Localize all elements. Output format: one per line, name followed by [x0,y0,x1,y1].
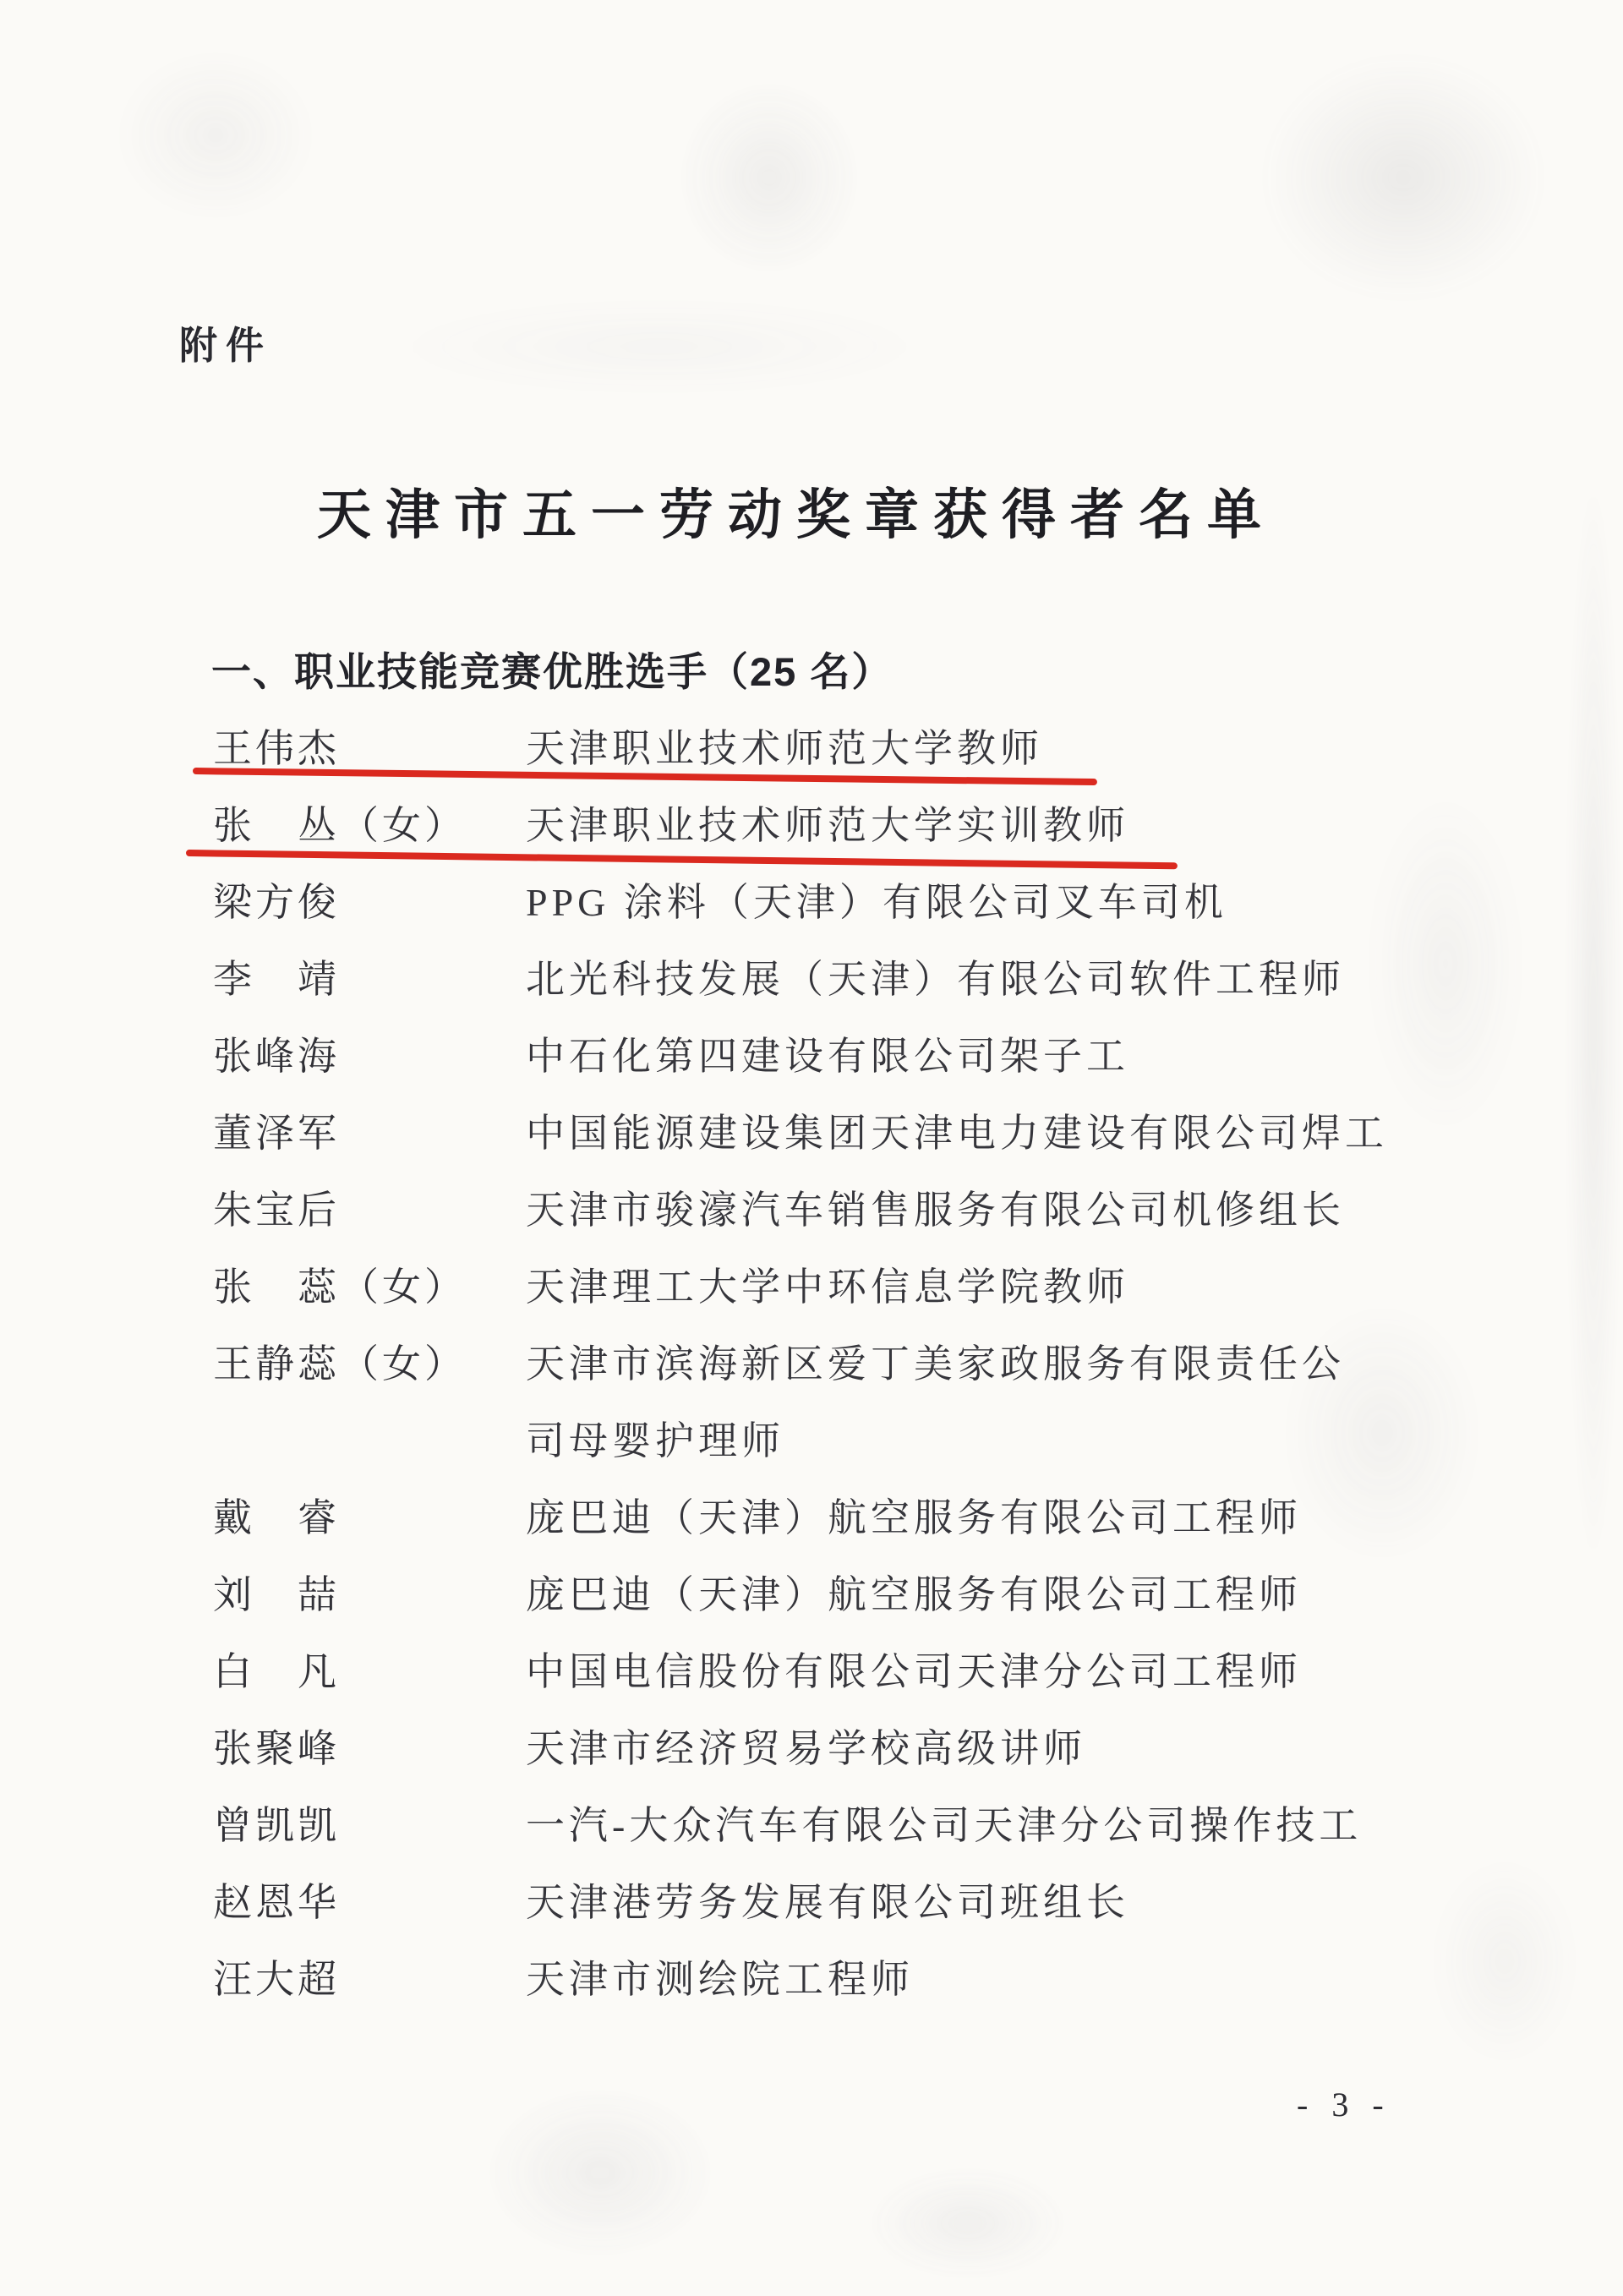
recipient-affiliation: PPG 涂料（天津）有限公司叉车司机 [526,864,1227,941]
list-item: 汪大超天津市测绘院工程师 [213,1941,1532,2018]
affiliation-line: 中国能源建设集团天津电力建设有限公司焊工 [526,1095,1388,1172]
affiliation-line: 天津市骏濠汽车销售服务有限公司机修组长 [526,1172,1345,1249]
recipient-affiliation: 天津市测绘院工程师 [526,1941,914,2018]
recipient-affiliation: 一汽-大众汽车有限公司天津分公司操作技工 [526,1787,1362,1864]
recipient-affiliation: 天津市滨海新区爱丁美家政服务有限责任公司母婴护理师 [526,1326,1345,1479]
scan-artifact [76,17,355,254]
list-item: 戴 睿庞巴迪（天津）航空服务有限公司工程师 [213,1479,1532,1556]
list-item: 张 丛（女）天津职业技术师范大学实训教师 [213,787,1532,864]
list-item: 梁方俊PPG 涂料（天津）有限公司叉车司机 [213,864,1532,941]
recipient-name: 戴 睿 [213,1479,526,1556]
affiliation-line: 中石化第四建设有限公司架子工 [526,1018,1129,1095]
recipient-affiliation: 中国能源建设集团天津电力建设有限公司焊工 [526,1095,1388,1172]
recipient-affiliation: 天津市经济贸易学校高级讲师 [526,1710,1086,1787]
recipient-name: 张峰海 [213,1018,526,1095]
scan-artifact [279,279,1040,414]
scan-artifact [1209,8,1598,347]
page-number: - 3 - [1297,2085,1391,2124]
affiliation-line: 天津理工大学中环信息学院教师 [526,1249,1129,1326]
scanned-document-page: 附件 天津市五一劳动奖章获得者名单 一、职业技能竞赛优胜选手（25 名） 王伟杰… [0,0,1623,2296]
scan-artifact [828,2147,1107,2296]
list-item: 张峰海中石化第四建设有限公司架子工 [213,1018,1532,1095]
recipient-name: 朱宝后 [213,1172,526,1249]
recipient-name: 汪大超 [213,1941,526,2018]
page-title: 天津市五一劳动奖章获得者名单 [317,472,1276,549]
affiliation-line: 庞巴迪（天津）航空服务有限公司工程师 [526,1556,1302,1633]
recipient-name: 李 靖 [213,941,526,1018]
affiliation-line: PPG 涂料（天津）有限公司叉车司机 [526,864,1227,941]
recipient-name: 张 蕊（女） [213,1249,526,1326]
recipient-affiliation: 北光科技发展（天津）有限公司软件工程师 [526,941,1345,1018]
list-item: 董泽军中国能源建设集团天津电力建设有限公司焊工 [213,1095,1532,1172]
recipient-affiliation: 中国电信股份有限公司天津分公司工程师 [526,1633,1302,1710]
affiliation-line: 中国电信股份有限公司天津分公司工程师 [526,1633,1302,1710]
recipient-list: 王伟杰天津职业技术师范大学教师张 丛（女）天津职业技术师范大学实训教师梁方俊PP… [213,710,1532,2018]
list-item: 王伟杰天津职业技术师范大学教师 [213,710,1532,787]
recipient-affiliation: 庞巴迪（天津）航空服务有限公司工程师 [526,1556,1302,1633]
scan-artifact [642,42,896,313]
list-item: 赵恩华天津港劳务发展有限公司班组长 [213,1864,1532,1941]
recipient-name: 赵恩华 [213,1864,526,1941]
attachment-label: 附件 [179,314,272,369]
affiliation-line: 天津市滨海新区爱丁美家政服务有限责任公 [526,1326,1345,1402]
recipient-affiliation: 天津港劳务发展有限公司班组长 [526,1864,1129,1941]
affiliation-line: 北光科技发展（天津）有限公司软件工程师 [526,941,1345,1018]
recipient-name: 白 凡 [213,1633,526,1710]
list-item: 曾凯凯一汽-大众汽车有限公司天津分公司操作技工 [213,1787,1532,1864]
affiliation-line: 司母婴护理师 [526,1402,1345,1479]
recipient-affiliation: 中石化第四建设有限公司架子工 [526,1018,1129,1095]
scan-artifact [1560,220,1623,1826]
recipient-name: 曾凯凯 [213,1787,526,1864]
affiliation-line: 一汽-大众汽车有限公司天津分公司操作技工 [526,1787,1362,1864]
recipient-name: 张聚峰 [213,1710,526,1787]
affiliation-line: 天津港劳务发展有限公司班组长 [526,1864,1129,1941]
recipient-affiliation: 庞巴迪（天津）航空服务有限公司工程师 [526,1479,1302,1556]
recipient-name: 刘 喆 [213,1556,526,1633]
affiliation-line: 天津市经济贸易学校高级讲师 [526,1710,1086,1787]
list-item: 李 靖北光科技发展（天津）有限公司软件工程师 [213,941,1532,1018]
recipient-affiliation: 天津市骏濠汽车销售服务有限公司机修组长 [526,1172,1345,1249]
recipient-affiliation: 天津职业技术师范大学实训教师 [526,787,1129,864]
list-item: 刘 喆庞巴迪（天津）航空服务有限公司工程师 [213,1556,1532,1633]
section-heading: 一、职业技能竞赛优胜选手（25 名） [211,641,893,697]
list-item: 王静蕊（女）天津市滨海新区爱丁美家政服务有限责任公司母婴护理师 [213,1326,1532,1479]
list-item: 张 蕊（女）天津理工大学中环信息学院教师 [213,1249,1532,1326]
recipient-name: 董泽军 [213,1095,526,1172]
list-item: 张聚峰天津市经济贸易学校高级讲师 [213,1710,1532,1787]
affiliation-line: 天津市测绘院工程师 [526,1941,914,2018]
affiliation-line: 庞巴迪（天津）航空服务有限公司工程师 [526,1479,1302,1556]
scan-artifact [440,2054,761,2291]
recipient-name: 梁方俊 [213,864,526,941]
list-item: 白 凡中国电信股份有限公司天津分公司工程师 [213,1633,1532,1710]
affiliation-line: 天津职业技术师范大学实训教师 [526,787,1129,864]
recipient-affiliation: 天津理工大学中环信息学院教师 [526,1249,1129,1326]
list-item: 朱宝后天津市骏濠汽车销售服务有限公司机修组长 [213,1172,1532,1249]
recipient-name: 王静蕊（女） [213,1326,526,1402]
